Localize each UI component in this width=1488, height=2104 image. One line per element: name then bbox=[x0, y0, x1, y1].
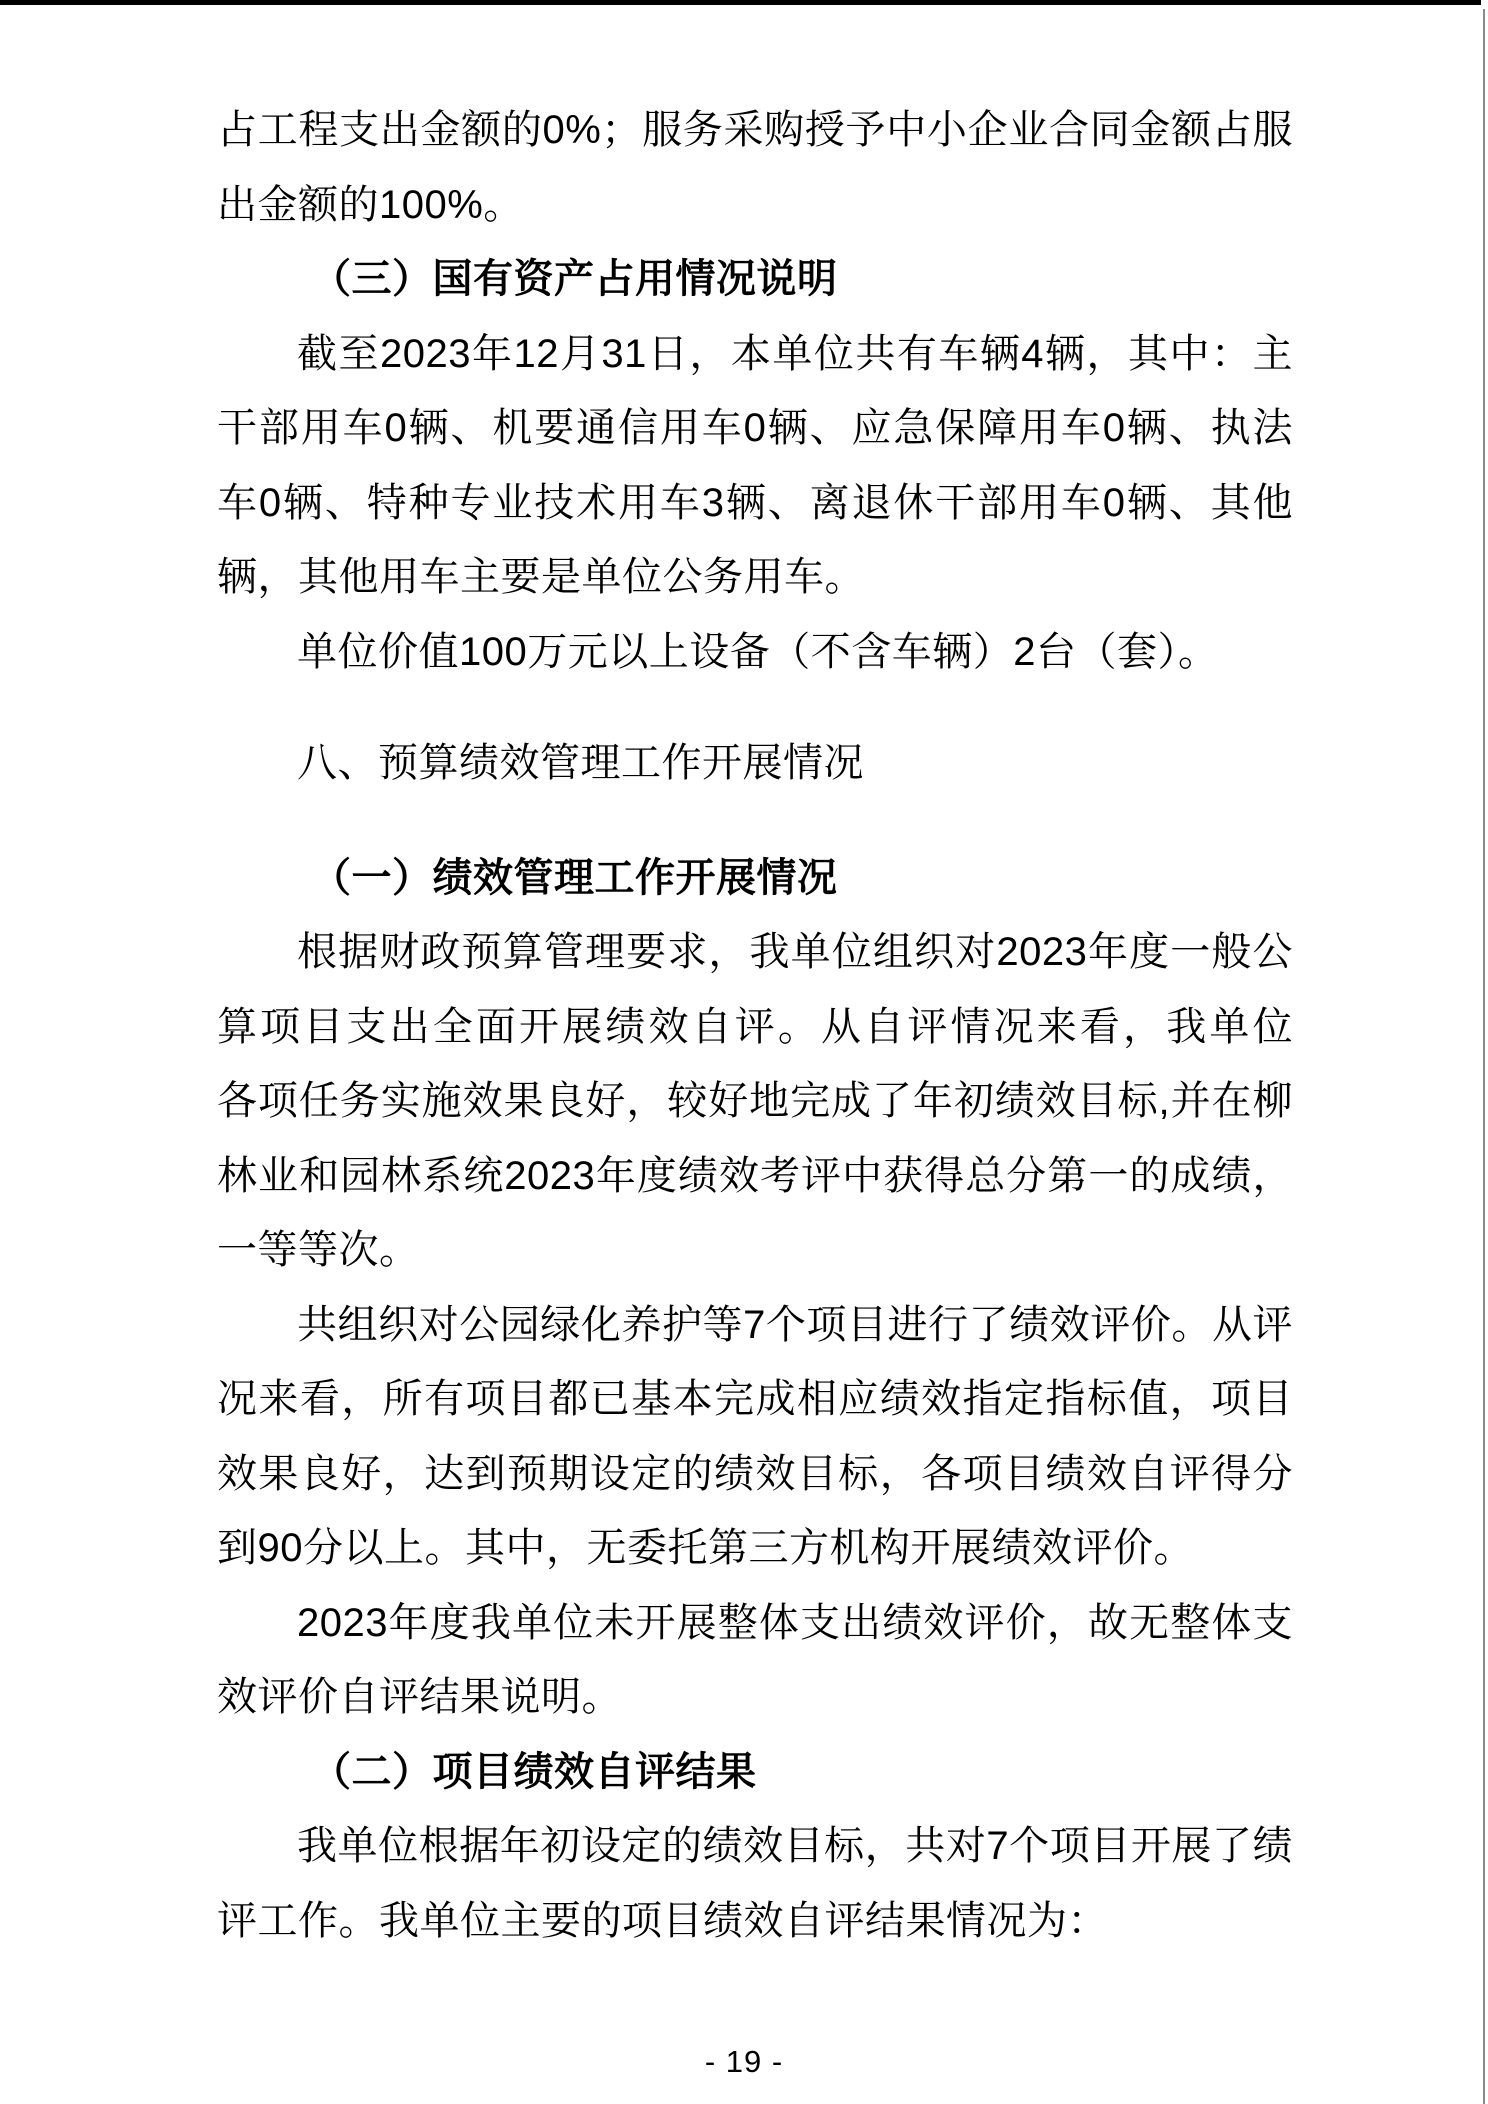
body-line: 评工作。我单位主要的项目绩效自评结果情况为： bbox=[217, 1884, 1293, 1959]
body-line: 车0辆、特种专业技术用车3辆、离退休干部用车0辆、其他用车1 bbox=[217, 466, 1293, 541]
chapter-heading-8: 八、预算绩效管理工作开展情况 bbox=[217, 726, 1293, 801]
body-line: 共组织对公园绿化养护等7个项目进行了绩效评价。从评价情 bbox=[217, 1288, 1293, 1363]
page-number: - 19 - bbox=[0, 2042, 1488, 2082]
body-line: 算项目支出全面开展绩效自评。从自评情况来看，我单位2023年 bbox=[217, 990, 1293, 1065]
document-body: 占工程支出金额的0%；服务采购授予中小企业合同金额占服务支 出金额的100%。 … bbox=[217, 93, 1293, 1958]
body-line: 根据财政预算管理要求，我单位组织对2023年度一般公共预 bbox=[217, 915, 1293, 990]
body-line: 各项任务实施效果良好，较好地完成了年初绩效目标,并在柳州市 bbox=[217, 1064, 1293, 1139]
body-line: 效评价自评结果说明。 bbox=[217, 1660, 1293, 1735]
body-line: 干部用车0辆、机要通信用车0辆、应急保障用车0辆、执法执勤用 bbox=[217, 391, 1293, 466]
section-heading-2: （二）项目绩效自评结果 bbox=[217, 1735, 1293, 1810]
section-heading-1: （一）绩效管理工作开展情况 bbox=[217, 841, 1293, 916]
body-line: 到90分以上。其中，无委托第三方机构开展绩效评价。 bbox=[217, 1511, 1293, 1586]
body-line: 出金额的100%。 bbox=[217, 168, 1293, 243]
body-line: 截至2023年12月31日，本单位共有车辆4辆，其中：主要领导 bbox=[217, 317, 1293, 392]
body-line: 林业和园林系统2023年度绩效考评中获得总分第一的成绩，荣获 bbox=[217, 1139, 1293, 1214]
scan-top-edge-bar bbox=[0, 0, 1481, 5]
scan-right-edge-line bbox=[1483, 9, 1485, 2104]
section-heading-3: （三）国有资产占用情况说明 bbox=[217, 242, 1293, 317]
body-line: 2023年度我单位未开展整体支出绩效评价，故无整体支出绩 bbox=[217, 1586, 1293, 1661]
body-line: 况来看，所有项目都已基本完成相应绩效指定指标值，项目实施 bbox=[217, 1362, 1293, 1437]
body-line: 单位价值100万元以上设备（不含车辆）2台（套）。 bbox=[217, 615, 1293, 690]
body-line: 辆，其他用车主要是单位公务用车。 bbox=[217, 540, 1293, 615]
body-line: 一等等次。 bbox=[217, 1213, 1293, 1288]
body-line: 效果良好，达到预期设定的绩效目标，各项目绩效自评得分均达 bbox=[217, 1437, 1293, 1512]
body-line: 占工程支出金额的0%；服务采购授予中小企业合同金额占服务支 bbox=[217, 93, 1293, 168]
body-line: 我单位根据年初设定的绩效目标，共对7个项目开展了绩效自 bbox=[217, 1809, 1293, 1884]
